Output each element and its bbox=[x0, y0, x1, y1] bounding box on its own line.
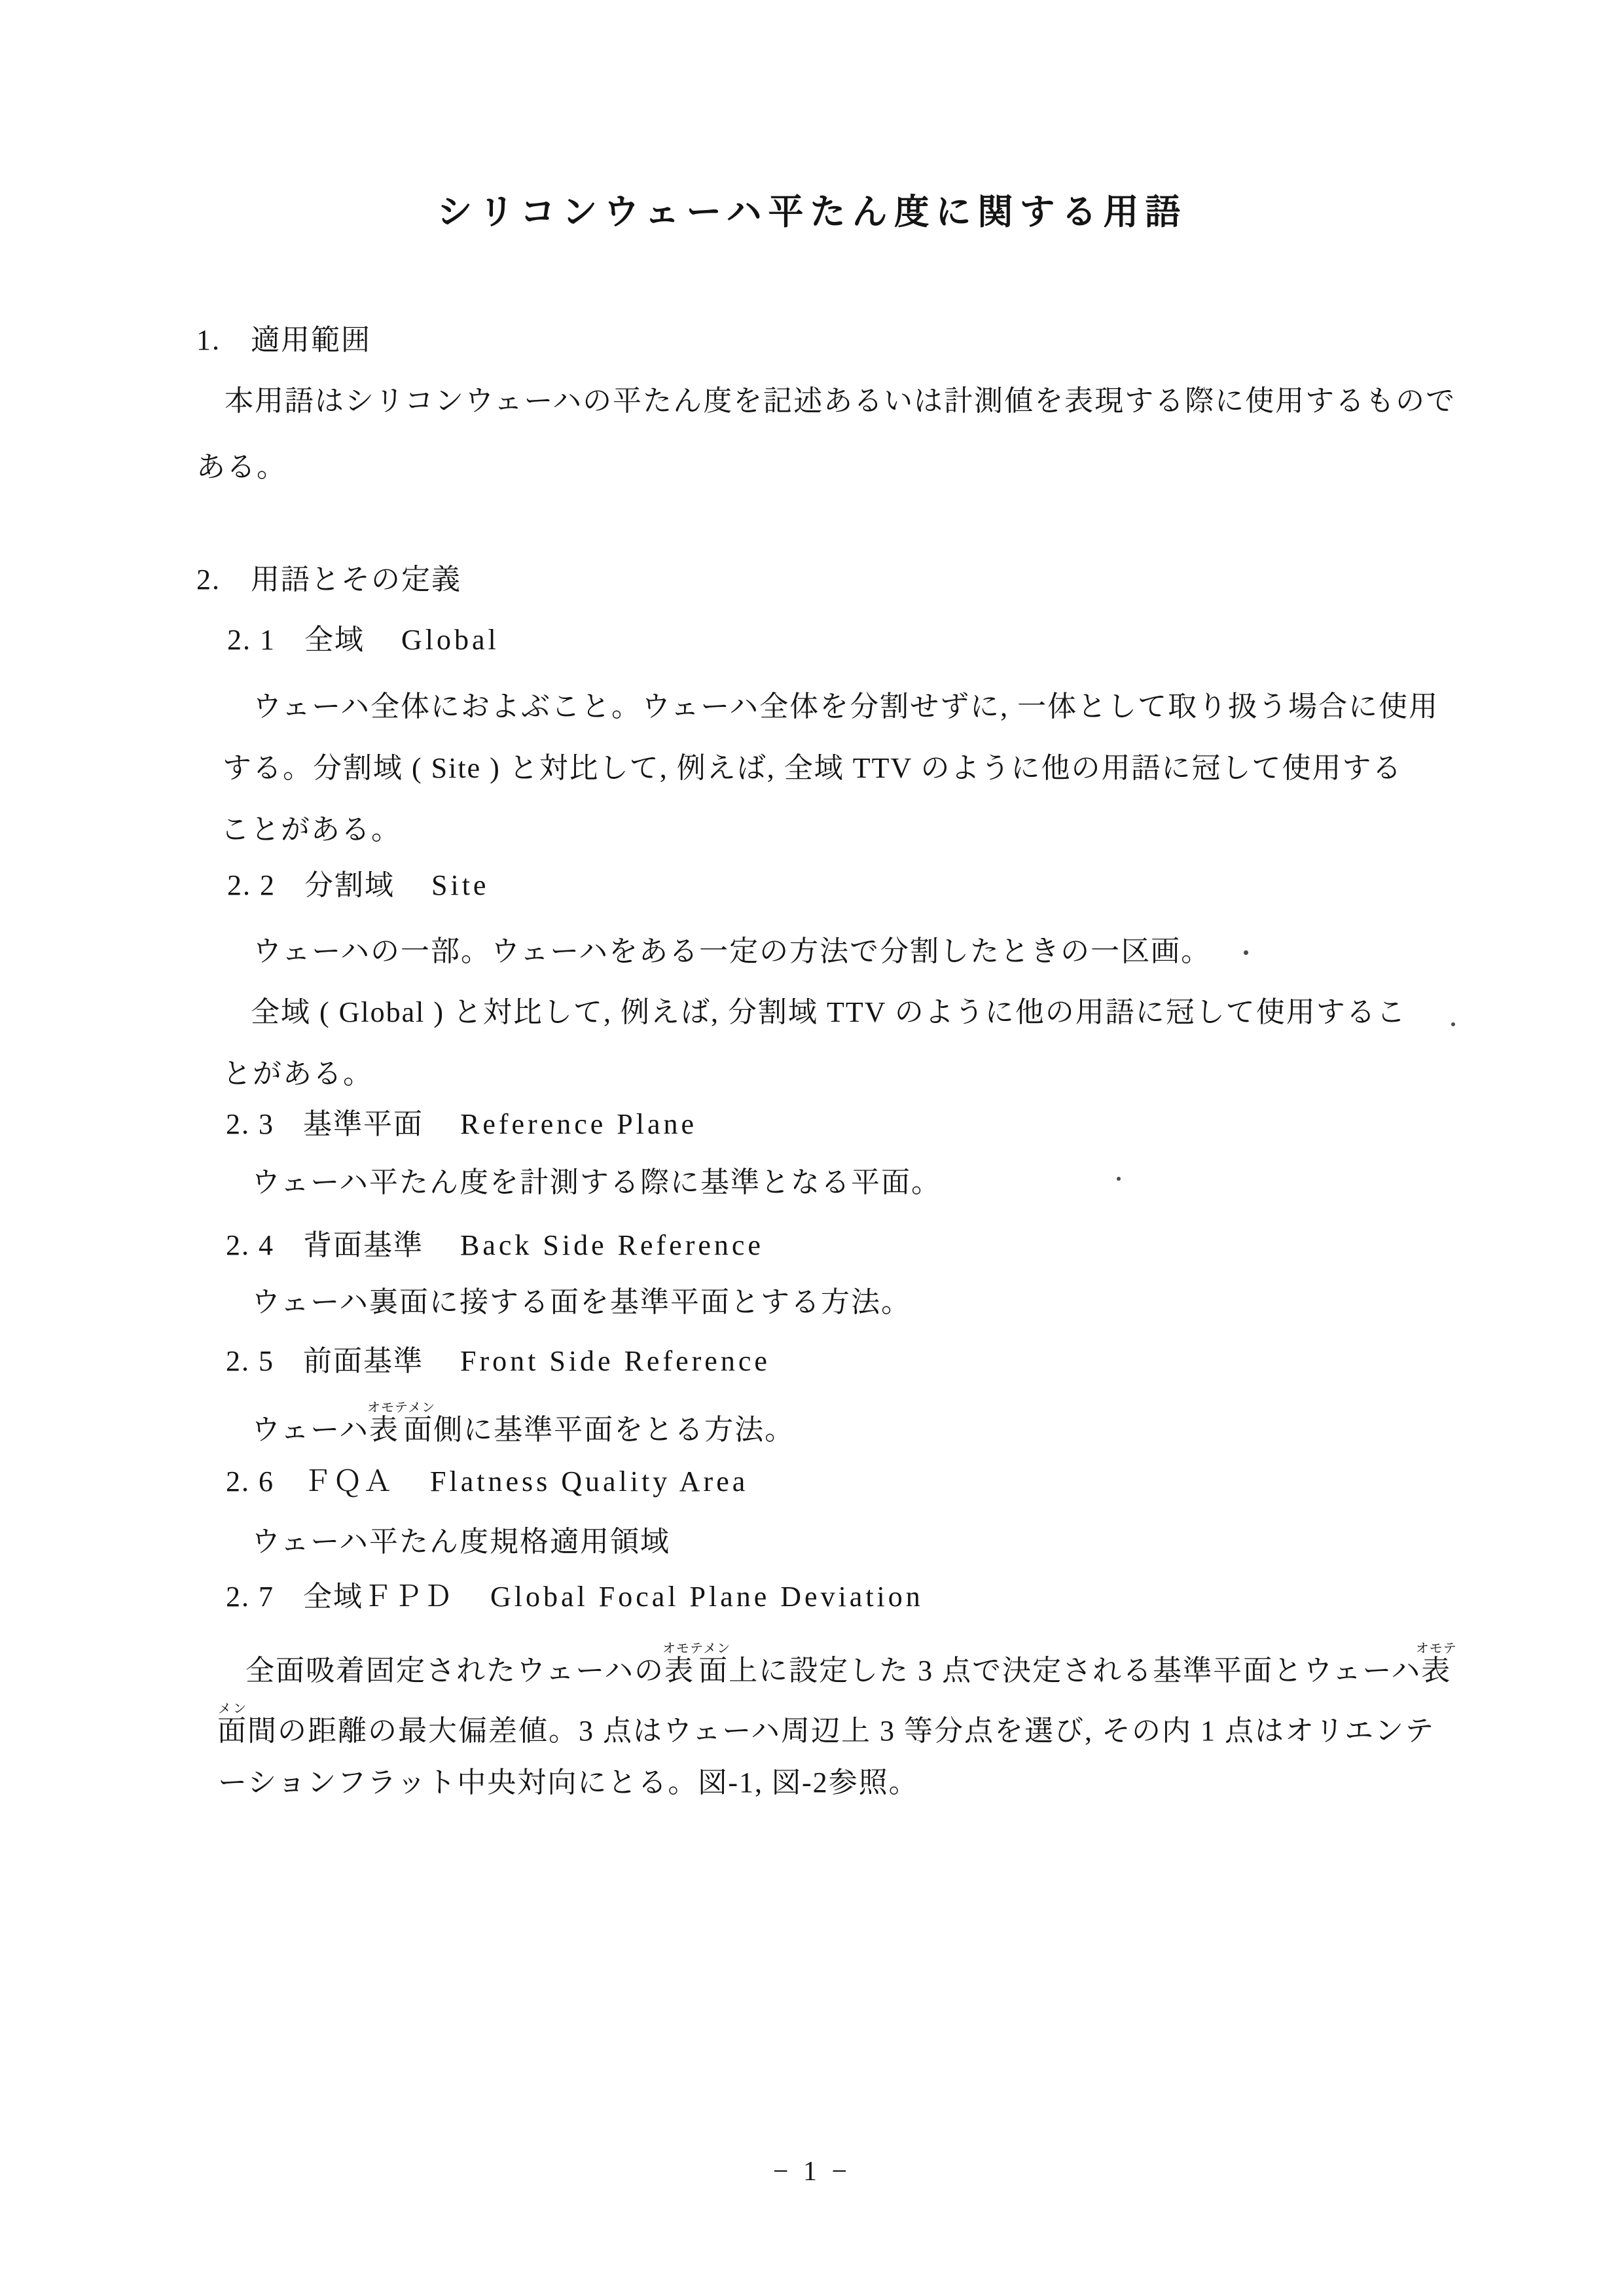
subsection-2-2-term-en: Site bbox=[431, 867, 489, 904]
subsection-2-5-term-ja: 前面基準 bbox=[303, 1343, 424, 1380]
page-number: − 1 − bbox=[0, 2153, 1624, 2190]
subsection-2-1-body-line-3: ことがある。 bbox=[221, 812, 401, 848]
body-text: 間の距離の最大偏差値。3 点はウェーハ周辺上 3 等分点を選び, その内 1 点… bbox=[247, 1715, 1435, 1747]
ruby-base: 表面 bbox=[662, 1655, 731, 1687]
subsection-2-6-body-line-1: ウェーハ平たん度規格適用領域 bbox=[251, 1524, 670, 1560]
subsection-2-6-heading: 2. 6ＦＱＡFlatness Quality Area bbox=[226, 1463, 748, 1500]
subsection-2-5-term-en: Front Side Reference bbox=[460, 1343, 770, 1380]
section-2-title: 用語とその定義 bbox=[251, 564, 461, 596]
subsection-2-6-term-ja: ＦＱＡ bbox=[303, 1463, 393, 1500]
subsection-2-2-number: 2. 2 bbox=[227, 867, 276, 904]
body-text: 全面吸着固定されたウェーハの bbox=[245, 1655, 664, 1687]
scanned-document-page: シリコンウェーハ平たん度に関する用語 1.適用範囲 本用語はシリコンウェーハの平… bbox=[0, 0, 1624, 2296]
subsection-2-6-term-en: Flatness Quality Area bbox=[430, 1463, 748, 1500]
scan-speck bbox=[1117, 1177, 1121, 1181]
ruby-men: 面メン bbox=[217, 1715, 247, 1747]
subsection-2-5-heading: 2. 5前面基準Front Side Reference bbox=[226, 1343, 770, 1380]
subsection-2-1-term-ja: 全域 bbox=[304, 622, 365, 658]
section-1-heading: 1.適用範囲 bbox=[196, 322, 371, 359]
subsection-2-1-body-line-2: する。分割域 ( Site ) と対比して, 例えば, 全域 TTV のように他… bbox=[223, 750, 1403, 787]
document-title: シリコンウェーハ平たん度に関する用語 bbox=[0, 194, 1624, 230]
subsection-2-1-term-en: Global bbox=[401, 622, 499, 658]
ruby-annotation: メン bbox=[217, 1702, 247, 1716]
ruby-annotation: オモテ bbox=[1416, 1641, 1457, 1656]
subsection-2-1-number: 2. 1 bbox=[227, 622, 276, 658]
subsection-2-1-body-line-1: ウェーハ全体におよぶこと。ウェーハ全体を分割せずに, 一体として取り扱う場合に使… bbox=[253, 689, 1439, 725]
subsection-2-7-body-line-2: 面メン間の距離の最大偏差値。3 点はウェーハ周辺上 3 等分点を選び, その内 … bbox=[217, 1702, 1435, 1749]
ruby-base: 表面 bbox=[367, 1414, 435, 1446]
body-text: 上に設定した 3 点で決定される基準平面とウェーハ bbox=[729, 1655, 1421, 1687]
subsection-2-7-term-en: Global Focal Plane Deviation bbox=[490, 1579, 924, 1615]
section-1-number: 1. bbox=[196, 322, 221, 359]
section-1-body-line-1: 本用語はシリコンウェーハの平たん度を記述あるいは計測値を表現する際に使用するもの… bbox=[225, 383, 1456, 420]
subsection-2-2-body-line-2: 全域 ( Global ) と対比して, 例えば, 分割域 TTV のように他の… bbox=[251, 994, 1407, 1031]
subsection-2-3-number: 2. 3 bbox=[226, 1106, 274, 1143]
section-1-body-line-2: ある。 bbox=[196, 449, 287, 486]
subsection-2-7-heading: 2. 7全域ＦＰＤGlobal Focal Plane Deviation bbox=[226, 1579, 924, 1615]
ruby-omotemen: 表面オモテメン bbox=[369, 1414, 433, 1446]
subsection-2-3-body-line-1: ウェーハ平たん度を計測する際に基準となる平面。 bbox=[251, 1164, 941, 1201]
subsection-2-3-heading: 2. 3基準平面Reference Plane bbox=[226, 1106, 697, 1143]
subsection-2-4-term-ja: 背面基準 bbox=[303, 1227, 424, 1264]
subsection-2-4-number: 2. 4 bbox=[226, 1227, 274, 1264]
subsection-2-7-body-line-1: 全面吸着固定されたウェーハの表面オモテメン上に設定した 3 点で決定される基準平… bbox=[245, 1641, 1457, 1689]
section-2-number: 2. bbox=[196, 562, 221, 598]
subsection-2-3-term-en: Reference Plane bbox=[460, 1106, 697, 1143]
ruby-omotemen: 表面オモテメン bbox=[664, 1655, 729, 1687]
subsection-2-2-body-line-1: ウェーハの一部。ウェーハをある一定の方法で分割したときの一区画。 bbox=[253, 933, 1211, 970]
ruby-base: 表 bbox=[1416, 1655, 1457, 1687]
body-text: ウェーハ bbox=[251, 1414, 369, 1446]
subsection-2-4-body-line-1: ウェーハ裏面に接する面を基準平面とする方法。 bbox=[251, 1284, 911, 1321]
scan-speck bbox=[1451, 1022, 1455, 1026]
ruby-annotation: オモテメン bbox=[367, 1401, 435, 1415]
subsection-2-2-term-ja: 分割域 bbox=[304, 867, 395, 904]
subsection-2-3-term-ja: 基準平面 bbox=[303, 1106, 424, 1143]
subsection-2-4-heading: 2. 4背面基準Back Side Reference bbox=[226, 1227, 764, 1264]
subsection-2-2-body-line-3: とがある。 bbox=[223, 1056, 373, 1092]
subsection-2-7-body-line-3: ーションフラット中央対向にとる。図-1, 図-2参照。 bbox=[218, 1765, 919, 1801]
subsection-2-2-heading: 2. 2分割域Site bbox=[227, 867, 489, 904]
subsection-2-7-term-ja: 全域ＦＰＤ bbox=[303, 1579, 454, 1615]
subsection-2-5-body-line-1: ウェーハ表面オモテメン側に基準平面をとる方法。 bbox=[251, 1401, 795, 1448]
subsection-2-7-number: 2. 7 bbox=[226, 1579, 274, 1615]
ruby-annotation: オモテメン bbox=[662, 1641, 731, 1656]
section-2-heading: 2.用語とその定義 bbox=[196, 562, 461, 598]
subsection-2-5-number: 2. 5 bbox=[226, 1343, 274, 1380]
scan-speck bbox=[1244, 950, 1248, 955]
section-1-title: 適用範囲 bbox=[251, 324, 371, 356]
ruby-base: 面 bbox=[217, 1715, 247, 1747]
body-text: 側に基準平面をとる方法。 bbox=[433, 1414, 795, 1446]
subsection-2-4-term-en: Back Side Reference bbox=[460, 1227, 764, 1264]
subsection-2-1-heading: 2. 1全域Global bbox=[227, 622, 499, 658]
subsection-2-6-number: 2. 6 bbox=[226, 1463, 274, 1500]
ruby-omote: 表オモテ bbox=[1421, 1655, 1457, 1687]
